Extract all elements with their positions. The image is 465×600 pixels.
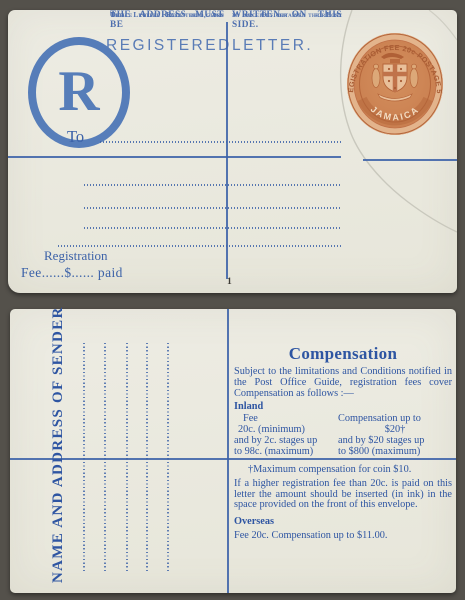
front-horizontal-rule-right — [363, 159, 457, 161]
overseas-label: Overseas — [234, 517, 452, 528]
compensation-notes-section: †Maximum compensation for coin $10. If a… — [234, 465, 452, 542]
envelope-back: NAME AND ADDRESS OF SENDER Compensation … — [10, 309, 456, 593]
registration-number-line[interactable] — [58, 245, 341, 247]
instruction-3-left: THE ADDRESS MUST BE — [110, 10, 224, 30]
higher-fee-note: If a higher registration fee than 20c. i… — [234, 479, 452, 511]
photo-background: R REGISTERED LETTER. This Letter must be… — [0, 0, 465, 600]
sender-line-2[interactable] — [104, 343, 106, 571]
back-vertical-rule — [227, 309, 229, 593]
compensation-heading: Compensation — [234, 345, 452, 363]
plate-number: 1 — [227, 277, 232, 287]
compensation-section: Compensation Subject to the limitations … — [234, 345, 452, 457]
fee-cell: and by 2c. stages up — [234, 436, 338, 447]
to-label: To — [67, 127, 84, 147]
inland-label: Inland — [234, 402, 452, 413]
front-vertical-rule — [226, 22, 228, 279]
jamaica-postage-stamp-icon: REGISTRATION FEE 20c POSTAGE 5c JAMAICA — [345, 31, 445, 137]
back-horizontal-rule — [10, 458, 456, 460]
front-horizontal-rule-left — [8, 156, 341, 158]
registered-title-right: LETTER. — [232, 37, 313, 55]
r-monogram: R — [58, 63, 99, 120]
sender-line-5[interactable] — [167, 343, 169, 571]
compensation-column: Compensation up to $20† and by $20 stage… — [338, 414, 452, 457]
to-address-line[interactable] — [100, 141, 341, 143]
address-line-2[interactable] — [84, 207, 341, 209]
sender-label: NAME AND ADDRESS OF SENDER — [50, 347, 70, 583]
registered-title-left: REGISTERED — [106, 37, 224, 55]
compensation-cell: to $800 (maximum) — [338, 447, 452, 458]
inland-fee-table: Fee 20c. (minimum) and by 2c. stages up … — [234, 414, 452, 457]
sender-line-4[interactable] — [146, 343, 148, 571]
address-line-1[interactable] — [84, 184, 341, 186]
compensation-intro: Subject to the limitations and Condition… — [234, 367, 452, 399]
compensation-cell: and by $20 stages up — [338, 436, 452, 447]
fee-cell: to 98c. (maximum) — [234, 447, 338, 458]
registration-label: Registration — [44, 248, 108, 264]
registration-fee-line: Fee......$...... paid — [21, 265, 123, 281]
fee-column: Fee 20c. (minimum) and by 2c. stages up … — [234, 414, 338, 457]
envelope-front: R REGISTERED LETTER. This Letter must be… — [8, 10, 457, 293]
sender-line-3[interactable] — [126, 343, 128, 571]
coin-note: †Maximum compensation for coin $10. — [248, 465, 452, 476]
overseas-text: Fee 20c. Compensation up to $11.00. — [234, 531, 452, 542]
address-line-3[interactable] — [84, 227, 341, 229]
instruction-3-right: WRITTEN ON THIS SIDE. — [232, 10, 342, 30]
sender-line-1[interactable] — [83, 343, 85, 571]
